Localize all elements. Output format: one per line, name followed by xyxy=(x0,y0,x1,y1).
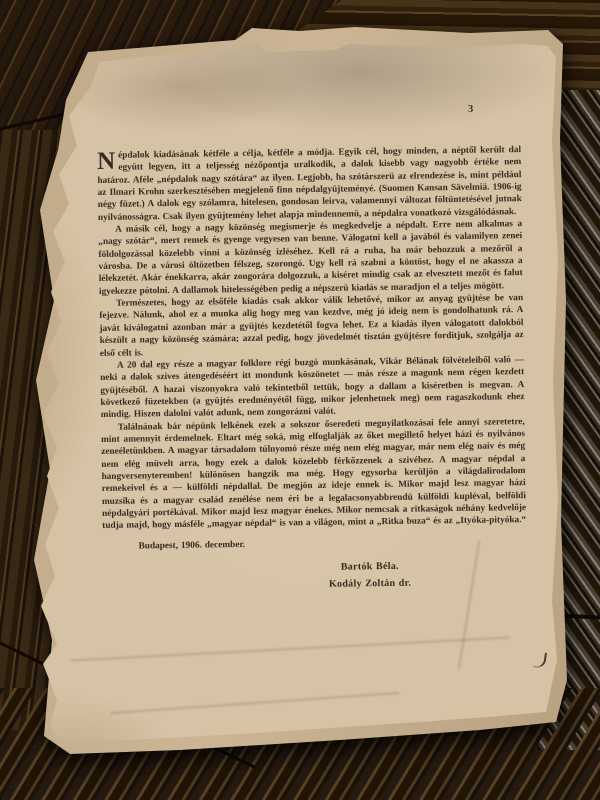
paper-page: 3 Népdalok kiadásának kétféle a célja, k… xyxy=(0,0,600,800)
paragraph-1: Népdalok kiadásának kétféle a célja, két… xyxy=(97,144,522,224)
signature-block: Bartók Béla. Kodály Zoltán dr. xyxy=(285,557,455,593)
paper-crease xyxy=(110,692,399,714)
paragraph-1-text: épdalok kiadásának kétféle a célja, kétf… xyxy=(97,145,521,223)
paragraph-3: Természetes, hogy az elsőféle kiadás csa… xyxy=(99,292,524,360)
signature-kodaly: Kodály Zoltán dr. xyxy=(285,574,455,593)
paper-tear-mark xyxy=(533,651,547,669)
paragraph-2: A másik cél, hogy a nagy közönség megism… xyxy=(98,218,523,298)
page-number: 3 xyxy=(468,104,473,115)
paper-crease xyxy=(70,636,510,661)
paragraph-4: A 20 dal egy része a magyar folklore rég… xyxy=(100,354,525,422)
dateline: Budapest, 1906. december. xyxy=(138,535,526,553)
photo-canvas: 3 Népdalok kiadásának kétféle a célja, k… xyxy=(0,0,600,800)
paper-stack: 3 Népdalok kiadásának kétféle a célja, k… xyxy=(0,0,600,800)
paragraph-5: Találnának bár népünk lelkének ezek a so… xyxy=(101,416,527,533)
page-text-block: Népdalok kiadásának kétféle a célja, két… xyxy=(97,144,527,596)
drop-cap: N xyxy=(97,150,118,172)
